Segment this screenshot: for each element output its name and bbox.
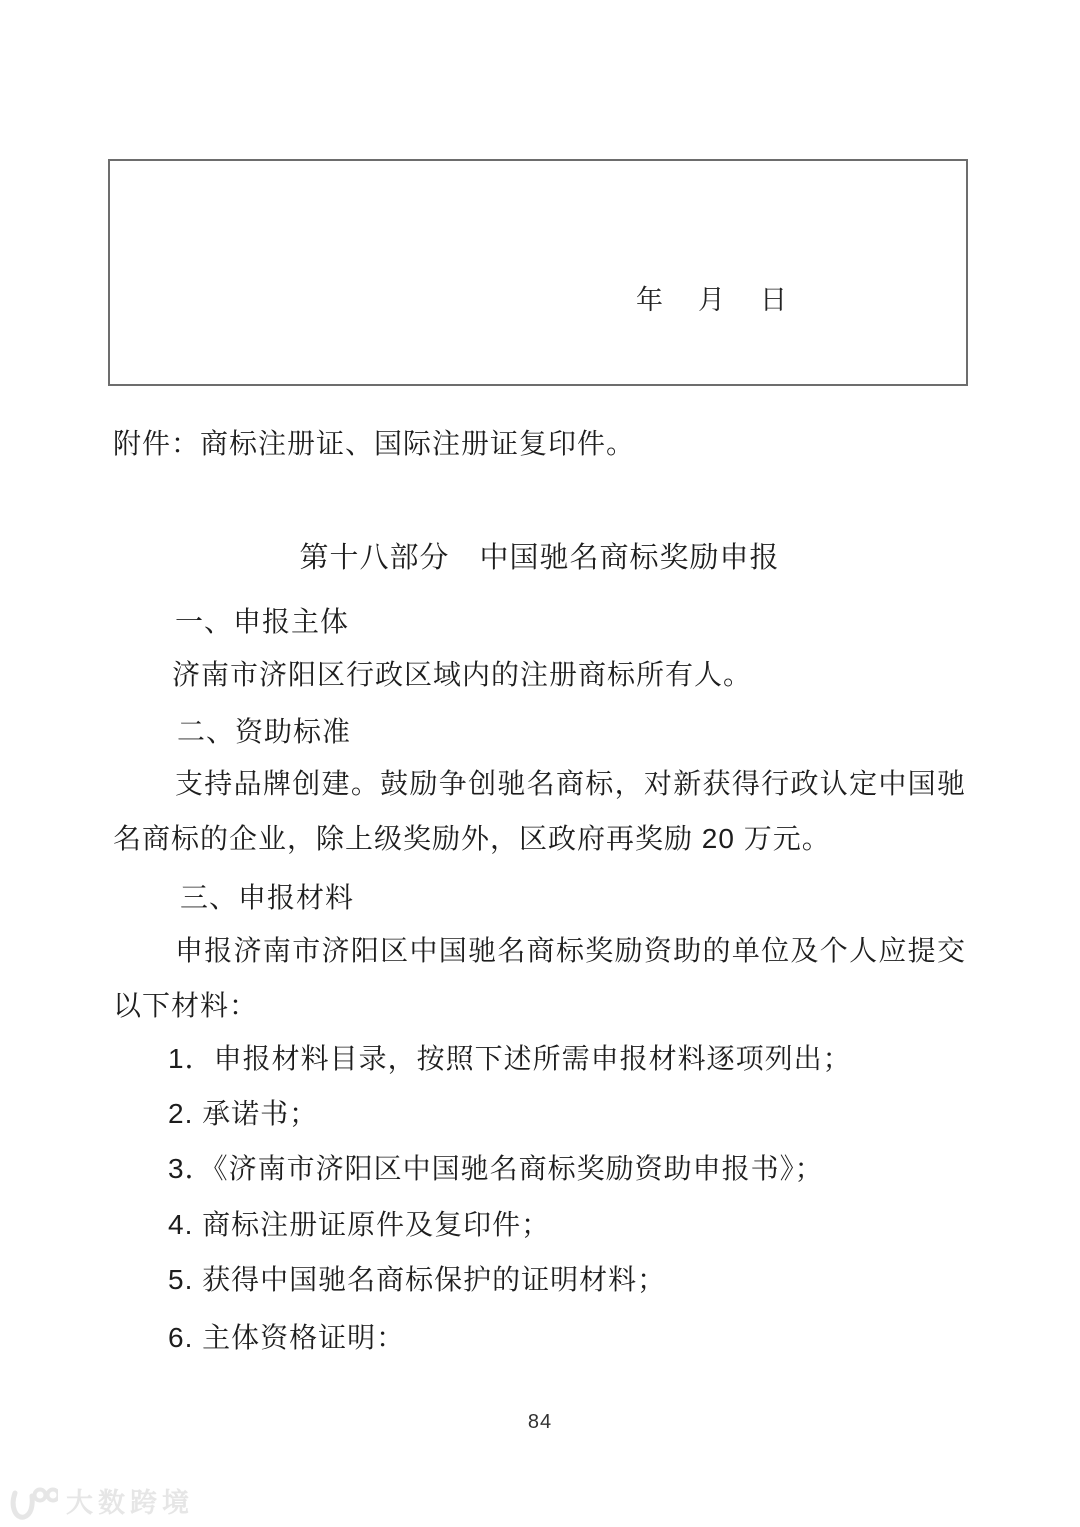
paragraph-application-subject: 济南市济阳区行政区域内的注册商标所有人。 — [113, 647, 966, 702]
page-number: 84 — [0, 1410, 1080, 1434]
materials-list: 1．申报材料目录，按照下述所需申报材料逐项列出； 2. 承诺书； 3．《济南市济… — [113, 1031, 966, 1365]
list-item: 1．申报材料目录，按照下述所需申报材料逐项列出； — [113, 1031, 966, 1086]
paragraph-funding-standard: 支持品牌创建。鼓励争创驰名商标，对新获得行政认定中国驰名商标的企业，除上级奖励外… — [113, 756, 966, 866]
list-item: 6. 主体资格证明： — [113, 1310, 966, 1365]
date-line: 年 月 日 — [636, 283, 791, 317]
brand-watermark: 大数跨境 — [8, 1483, 194, 1523]
brand-100-icon — [8, 1483, 58, 1523]
attachment-note: 附件：商标注册证、国际注册证复印件。 — [113, 416, 966, 471]
heading-application-subject: 一、申报主体 — [113, 594, 966, 649]
heading-funding-standard: 二、资助标准 — [113, 704, 966, 759]
list-item: 5. 获得中国驰名商标保护的证明材料； — [113, 1252, 966, 1307]
heading-application-materials: 三、申报材料 — [113, 870, 966, 925]
list-item: 4. 商标注册证原件及复印件； — [113, 1197, 966, 1252]
list-item: 3．《济南市济阳区中国驰名商标奖励资助申报书》； — [113, 1141, 966, 1196]
signature-date-box: 年 月 日 — [108, 159, 968, 386]
list-item: 2. 承诺书； — [113, 1086, 966, 1141]
document-page: 年 月 日 附件：商标注册证、国际注册证复印件。 第十八部分 中国驰名商标奖励申… — [0, 0, 1080, 1527]
watermark-text: 大数跨境 — [66, 1484, 194, 1522]
section-title: 第十八部分 中国驰名商标奖励申报 — [113, 531, 966, 586]
paragraph-application-materials: 申报济南市济阳区中国驰名商标奖励资助的单位及个人应提交以下材料： — [113, 923, 966, 1033]
